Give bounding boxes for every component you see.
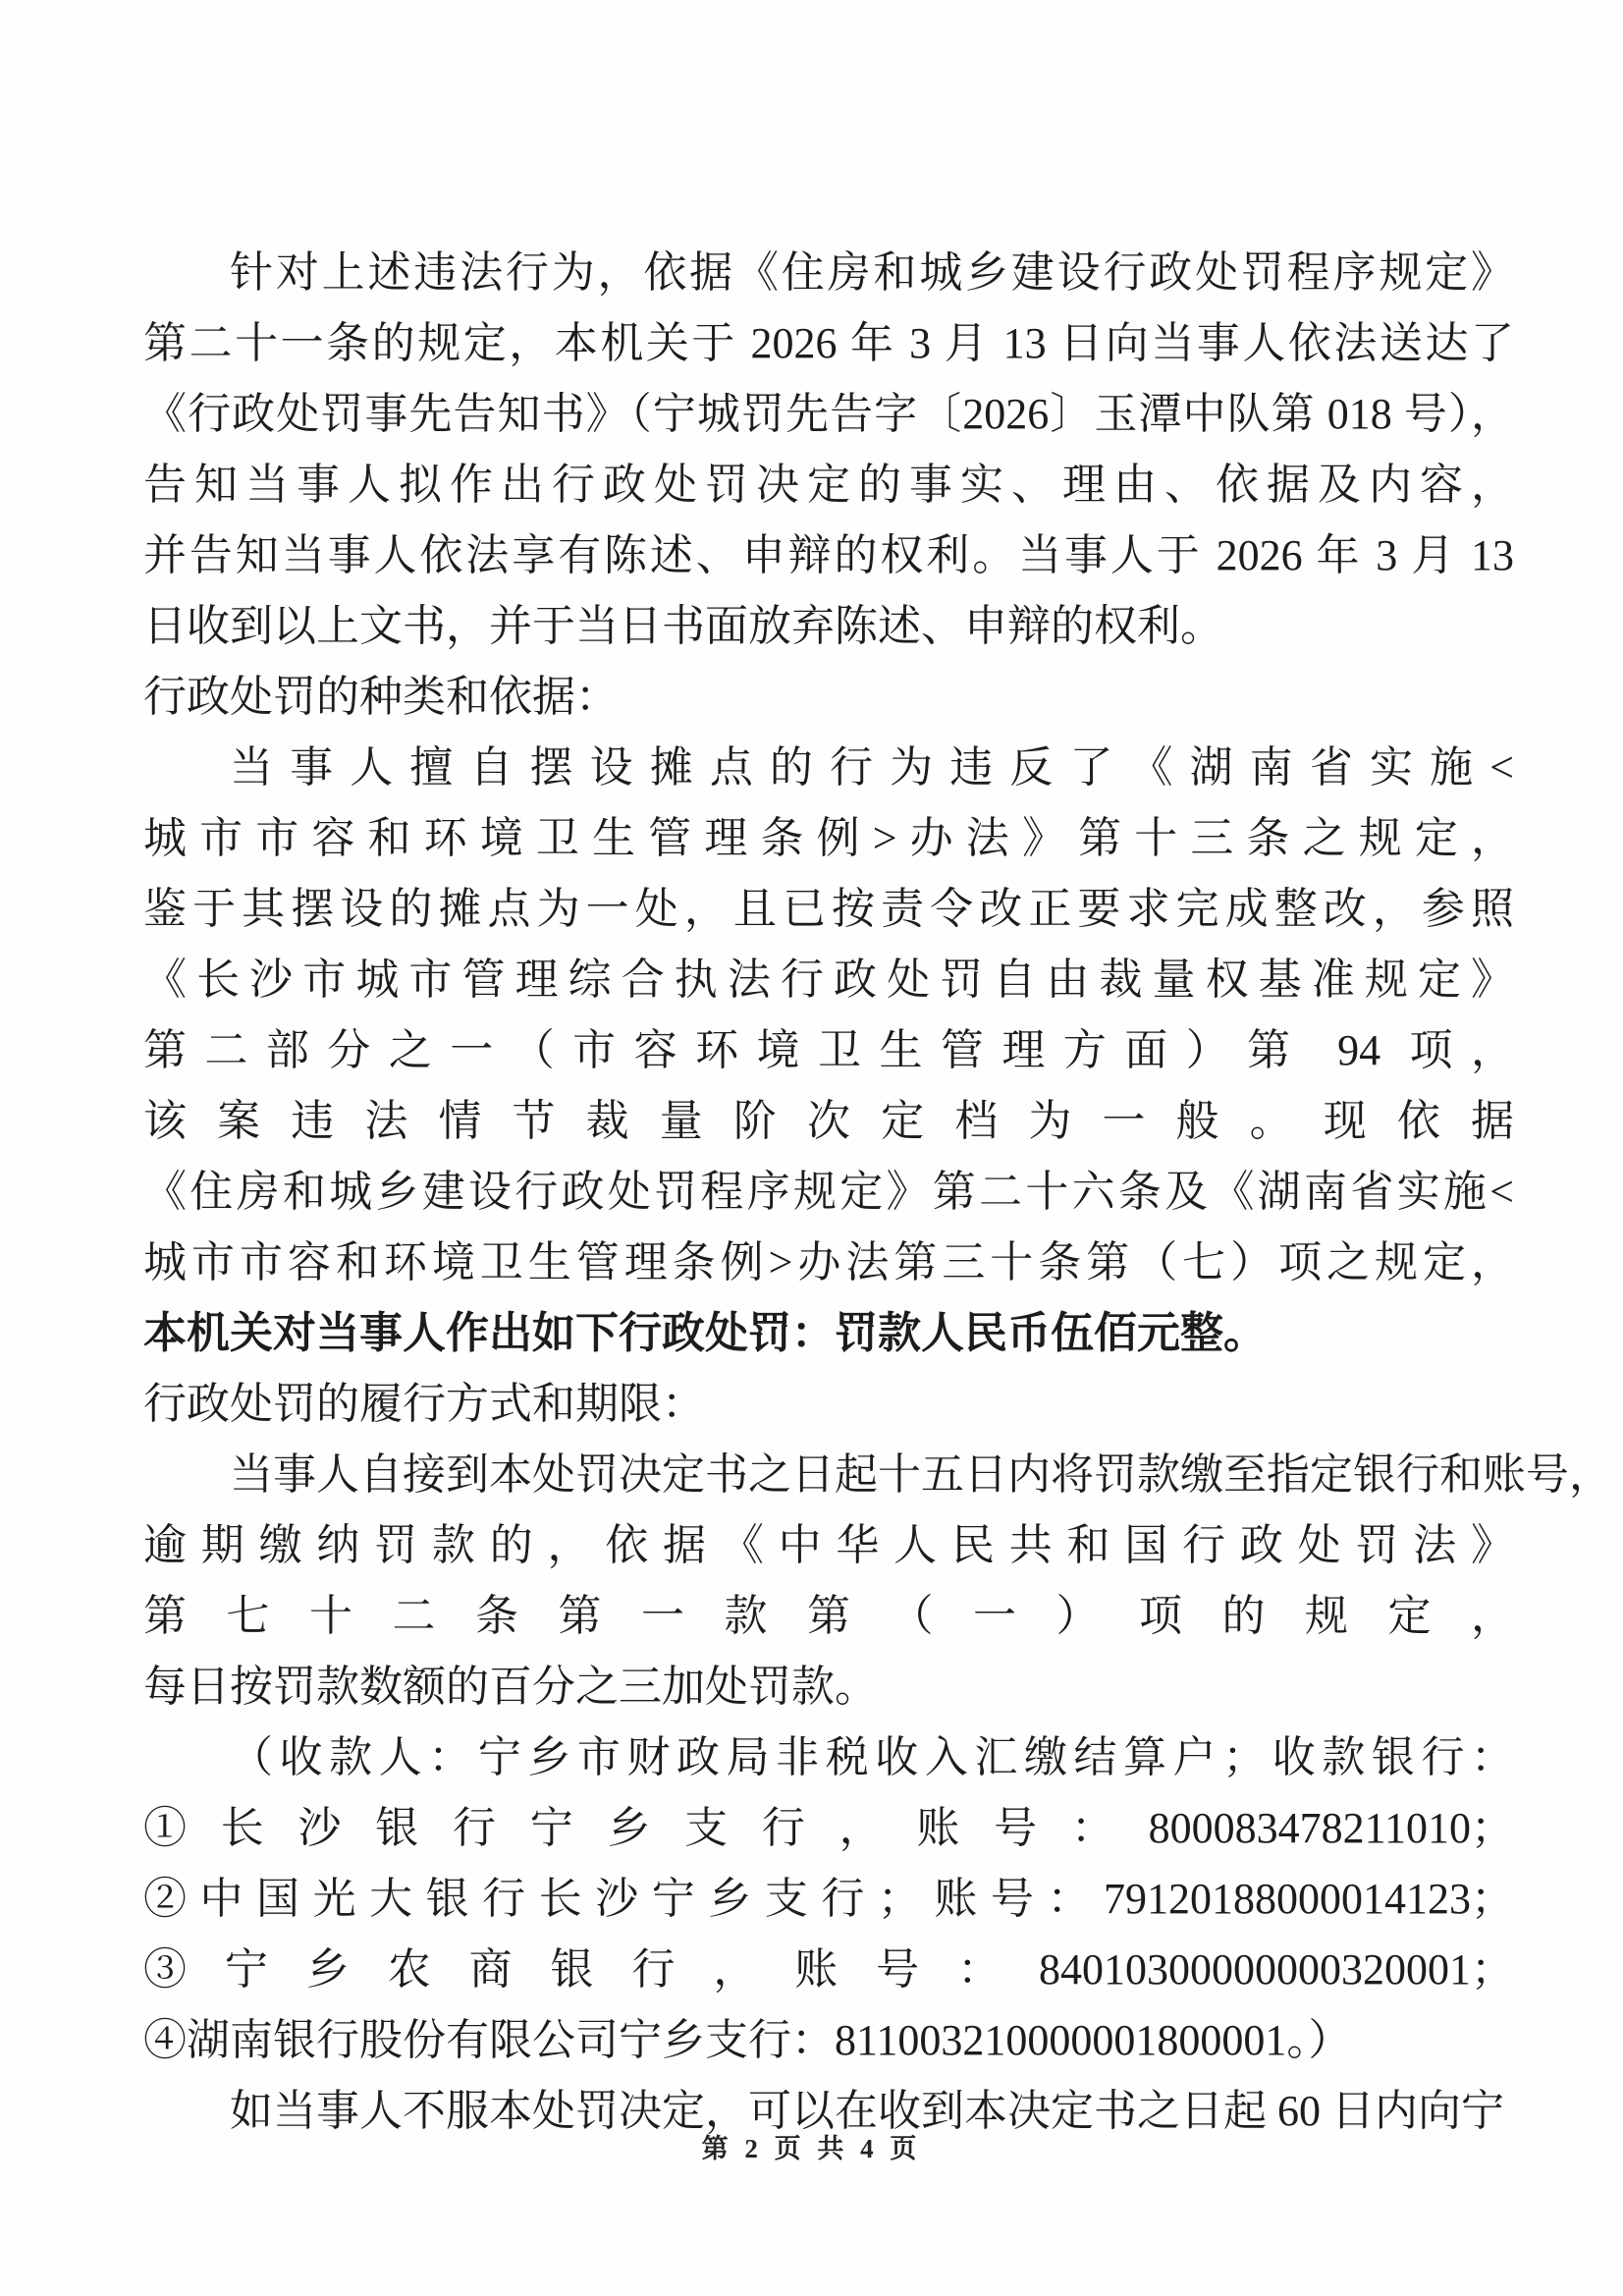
heading-penalty-type-and-basis: 行政处罚的种类和依据： [143, 662, 1514, 733]
paragraph-payment-accounts: （收款人：宁乡市财政局非税收入汇缴结算户；收款银行：①长沙银行宁乡支行，账号：8… [143, 1722, 1514, 2076]
penalty-basis-text: 当事人擅自摆设摊点的行为违反了《湖南省实施<城市市容和环境卫生管理条例>办法》第… [143, 743, 1514, 1286]
heading-penalty-execution: 行政处罚的履行方式和期限： [143, 1369, 1514, 1440]
footer-total-page-number: 4 [860, 2134, 879, 2163]
footer-suffix: 页 [890, 2134, 921, 2163]
penalty-decision-text: 本机关对当事人作出如下行政处罚：罚款人民币伍佰元整。 [143, 1309, 1267, 1357]
footer-prefix: 第 [702, 2134, 733, 2163]
footer-pages-label: 页 共 [775, 2134, 849, 2163]
page-footer: 第 2 页 共 4 页 [0, 2129, 1623, 2168]
document-page: 针对上述违法行为，依据《住房和城乡建设行政处罚程序规定》第二十一条的规定，本机关… [0, 0, 1623, 2296]
document-body: 针对上述违法行为，依据《住房和城乡建设行政处罚程序规定》第二十一条的规定，本机关… [143, 238, 1514, 2147]
paragraph-penalty-basis: 当事人擅自摆设摊点的行为违反了《湖南省实施<城市市容和环境卫生管理条例>办法》第… [143, 733, 1514, 1369]
paragraph-prior-notification: 针对上述违法行为，依据《住房和城乡建设行政处罚程序规定》第二十一条的规定，本机关… [143, 238, 1514, 662]
paragraph-payment-deadline: 当事人自接到本处罚决定书之日起十五日内将罚款缴至指定银行和账号，逾期缴纳罚款的，… [143, 1440, 1514, 1722]
footer-current-page-number: 2 [744, 2134, 763, 2163]
